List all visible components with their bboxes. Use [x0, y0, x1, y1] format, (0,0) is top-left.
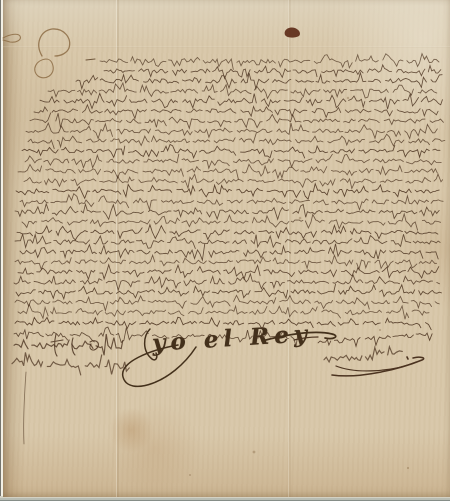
- vertical-fold-crease: [116, 0, 119, 497]
- horizontal-fold-crease: [3, 46, 450, 48]
- vertical-fold-crease: [288, 0, 291, 497]
- paper-sheet: [3, 0, 450, 497]
- manuscript-scan: yo el Rey: [0, 0, 450, 501]
